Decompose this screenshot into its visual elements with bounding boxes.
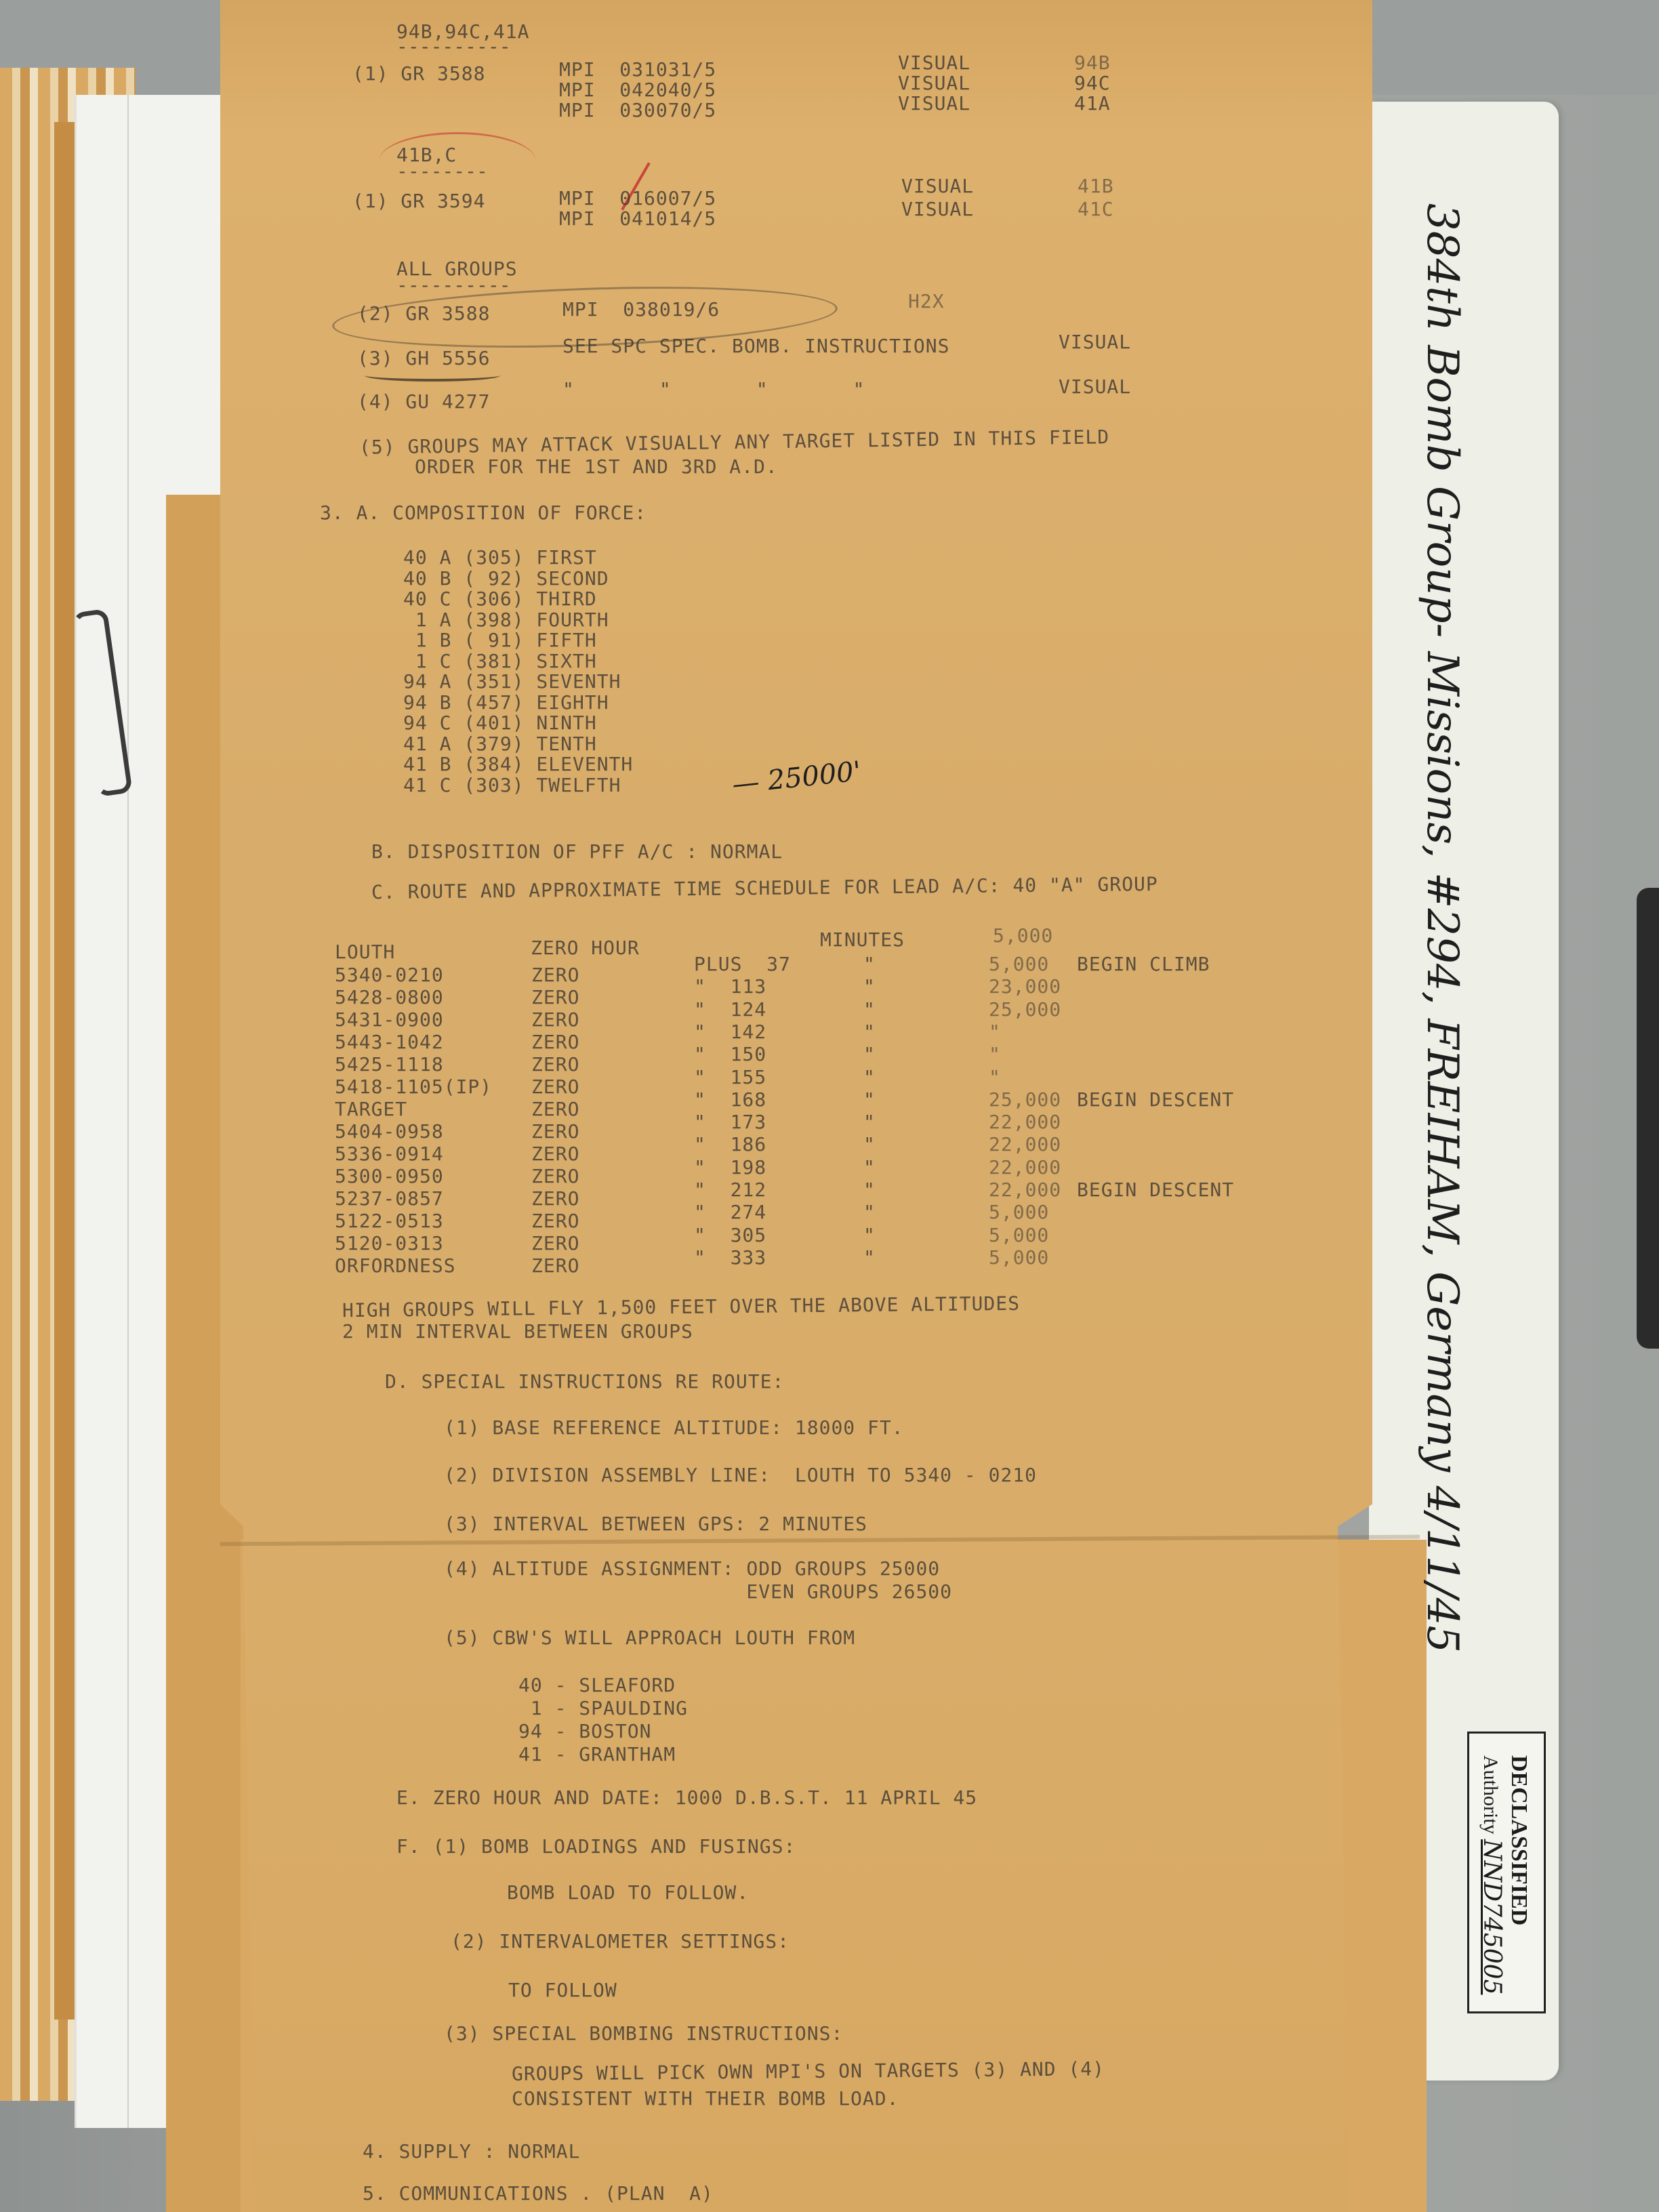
communications-line: 5. COMMUNICATIONS . (PLAN A) <box>363 2182 714 2205</box>
stamp-authority: Authority NND745005 <box>1478 1755 1506 1994</box>
composition-item: 1 C (381) SIXTH <box>403 650 597 673</box>
route-col-minutes: MINUTES <box>820 928 905 951</box>
composition-item: 94 A (351) SEVENTH <box>403 670 621 693</box>
route-cell-plus: " 124 <box>694 998 766 1021</box>
route-cell-point: 5418-1105(IP) <box>335 1076 492 1099</box>
route-cell-unit: " <box>863 975 876 998</box>
composition-item: 40 A (305) FIRST <box>403 546 597 569</box>
route-cell-plus: " 155 <box>694 1066 766 1089</box>
route-cell-unit: " <box>863 1224 876 1247</box>
approach-item: 1 - SPAULDING <box>518 1697 688 1720</box>
declassified-stamp-text: DECLASSIFIED Authority NND745005 <box>1478 1755 1532 1994</box>
route-cell-point: 5425-1118 <box>335 1053 444 1076</box>
route-cell-plus: " 198 <box>694 1156 766 1179</box>
zero-hour-line: E. ZERO HOUR AND DATE: 1000 D.B.S.T. 11 … <box>396 1786 977 1809</box>
route-cell-alt: 5,000 <box>989 1201 1049 1224</box>
route-cell-unit: " <box>863 1021 876 1044</box>
target-2-group-2: 41C <box>1078 198 1114 221</box>
route-cell-ref: ZERO <box>531 1210 579 1233</box>
route-cell-plus: " 150 <box>694 1043 766 1066</box>
composition-item: 40 B ( 92) SECOND <box>403 567 609 590</box>
all-groups-2-detail: MPI 038019/6 <box>562 298 720 321</box>
composition-item: 40 C (306) THIRD <box>403 588 597 611</box>
divider: -------- <box>396 160 488 183</box>
route-cell-unit: " <box>863 1201 876 1224</box>
composition-item: 41 C (303) TWELFTH <box>403 774 621 797</box>
route-cell-plus: " 274 <box>694 1201 766 1224</box>
route-cell-alt: 25,000 <box>989 998 1061 1021</box>
route-cell-plus: " 333 <box>694 1246 766 1269</box>
route-cell-point: ORFORDNESS <box>335 1254 456 1277</box>
target-2-mpi-2: MPI 041014/5 <box>559 207 716 230</box>
route-cell-plus: " 173 <box>694 1111 766 1134</box>
route-cell-ref: ZERO <box>531 1008 579 1031</box>
route-cell-unit: " <box>863 953 876 976</box>
route-cell-point: 5336-0914 <box>335 1143 444 1166</box>
special-route-item-2: (2) DIVISION ASSEMBLY LINE: LOUTH TO 534… <box>444 1464 1037 1487</box>
route-cell-point: 5120-0313 <box>335 1232 444 1255</box>
route-cell-alt: 22,000 <box>989 1133 1061 1156</box>
target-2-mpi-1: MPI 016007/5 <box>559 187 716 210</box>
composition-item: 41 A (379) TENTH <box>403 733 597 756</box>
all-groups-4-detail: " " " " <box>562 378 865 401</box>
route-cell-note: BEGIN CLIMB <box>1077 953 1210 976</box>
route-cell-alt: 22,000 <box>989 1111 1061 1134</box>
route-cell-unit: " <box>863 1179 876 1202</box>
special-route-item-4: (4) ALTITUDE ASSIGNMENT: ODD GROUPS 2500… <box>444 1557 940 1580</box>
route-cell-point: 5404-0958 <box>335 1120 444 1143</box>
target-1-mpi-3: MPI 030070/5 <box>559 99 716 122</box>
intervalometer-heading: (2) INTERVALOMETER SETTINGS: <box>451 1930 790 1953</box>
stamp-authority-label: Authority <box>1479 1755 1502 1835</box>
handwritten-folder-label: 384th Bomb Group- Missions, #294, FREIHA… <box>1417 203 1467 1653</box>
route-cell-alt: 5,000 <box>989 1224 1049 1247</box>
all-groups-2-label: (2) GR 3588 <box>357 302 490 325</box>
route-cell-ref: ZERO <box>531 1053 579 1076</box>
route-cell-plus: " 186 <box>694 1133 766 1156</box>
folder-crease <box>127 95 129 2128</box>
route-cell-unit: " <box>863 1066 876 1089</box>
special-bombing-body-2: CONSISTENT WITH THEIR BOMB LOAD. <box>512 2087 899 2110</box>
route-cell-plus: " 212 <box>694 1179 766 1202</box>
route-cell-plus: " 142 <box>694 1021 766 1044</box>
pencil-underline <box>365 369 500 382</box>
special-route-item-4b: EVEN GROUPS 26500 <box>444 1580 952 1603</box>
route-cell-alt: 23,000 <box>989 975 1061 998</box>
stamp-authority-number: NND745005 <box>1478 1839 1506 1994</box>
route-cell-point: 5428-0800 <box>335 986 444 1009</box>
intervalometer-body: TO FOLLOW <box>508 1979 617 2002</box>
route-cell-point: 5431-0900 <box>335 1008 444 1031</box>
all-groups-3-label: (3) GH 5556 <box>357 347 490 370</box>
route-cell-unit: " <box>863 998 876 1021</box>
route-cell-note: BEGIN DESCENT <box>1077 1088 1234 1111</box>
all-groups-3-detail: SEE SPC SPEC. BOMB. INSTRUCTIONS <box>562 335 949 358</box>
route-cell-ref: ZERO <box>531 1254 579 1277</box>
route-cell-ref: ZERO <box>531 1031 579 1054</box>
special-route-item-5: (5) CBW'S WILL APPROACH LOUTH FROM <box>444 1626 855 1650</box>
all-groups-3-method: VISUAL <box>1059 331 1131 354</box>
route-cell-alt: " <box>989 1043 1001 1066</box>
route-col-altitude: 5,000 <box>993 924 1053 947</box>
all-groups-2-method: H2X <box>908 290 945 313</box>
target-1-method-3: VISUAL <box>898 92 970 115</box>
route-cell-ref: ZERO <box>531 1232 579 1255</box>
route-cell-unit: " <box>863 1111 876 1134</box>
approach-item: 41 - GRANTHAM <box>518 1743 676 1766</box>
composition-item: 94 C (401) NINTH <box>403 712 597 735</box>
all-groups-4-label: (4) GU 4277 <box>357 390 490 413</box>
route-cell-alt: " <box>989 1066 1001 1089</box>
route-cell-ref: ZERO <box>531 1098 579 1121</box>
target-1-mpi-2: MPI 042040/5 <box>559 79 716 102</box>
approach-item: 40 - SLEAFORD <box>518 1674 676 1697</box>
route-cell-alt: 22,000 <box>989 1156 1061 1179</box>
route-cell-ref: ZERO <box>531 1076 579 1099</box>
target-1-group-1: 94B <box>1074 52 1111 75</box>
target-1-method-1: VISUAL <box>898 52 970 75</box>
special-route-item-1: (1) BASE REFERENCE ALTITUDE: 18000 FT. <box>444 1416 904 1439</box>
target-2-label: (1) GR 3594 <box>352 190 485 213</box>
route-cell-plus: " 305 <box>694 1224 766 1247</box>
approach-item: 94 - BOSTON <box>518 1720 651 1743</box>
route-cell-ref: ZERO <box>531 964 579 987</box>
route-cell-note: BEGIN DESCENT <box>1077 1179 1234 1202</box>
route-cell-point: 5340-0210 <box>335 964 444 987</box>
route-cell-unit: " <box>863 1088 876 1111</box>
route-cell-point: 5300-0950 <box>335 1165 444 1188</box>
route-cell-point: 5237-0857 <box>335 1187 444 1210</box>
route-cell-alt: " <box>989 1021 1001 1044</box>
route-cell-point: 5443-1042 <box>335 1031 444 1054</box>
target-2-method-2: VISUAL <box>901 198 974 221</box>
route-cell-unit: " <box>863 1133 876 1156</box>
route-cell-ref: ZERO <box>531 1143 579 1166</box>
route-footnote-2: 2 MIN INTERVAL BETWEEN GROUPS <box>342 1320 693 1343</box>
route-cell-ref: ZERO <box>531 1187 579 1210</box>
target-1-label: (1) GR 3588 <box>352 62 485 85</box>
disposition-line: B. DISPOSITION OF PFF A/C : NORMAL <box>371 840 783 863</box>
target-1-mpi-1: MPI 031031/5 <box>559 58 716 81</box>
route-cell-alt: 22,000 <box>989 1179 1061 1202</box>
route-cell-alt: 5,000 <box>989 1246 1049 1269</box>
route-cell-unit: " <box>863 1246 876 1269</box>
all-groups-4-method: VISUAL <box>1059 375 1131 398</box>
composition-item: 41 B (384) ELEVENTH <box>403 753 633 776</box>
special-route-heading: D. SPECIAL INSTRUCTIONS RE ROUTE: <box>385 1370 784 1393</box>
route-col-zero-hour: ZERO HOUR <box>531 937 640 960</box>
route-cell-plus: " 168 <box>694 1088 766 1111</box>
bomb-loadings-body: BOMB LOAD TO FOLLOW. <box>507 1881 749 1904</box>
dark-object <box>1637 888 1659 1349</box>
bomb-loadings-heading: F. (1) BOMB LOADINGS AND FUSINGS: <box>396 1835 796 1858</box>
route-cell-alt: 5,000 <box>989 953 1049 976</box>
route-cell-point: 5122-0513 <box>335 1210 444 1233</box>
supply-line: 4. SUPPLY : NORMAL <box>363 2140 580 2163</box>
target-2-group-1: 41B <box>1078 175 1114 198</box>
route-cell-unit: " <box>863 1043 876 1066</box>
composition-item: 1 B ( 91) FIFTH <box>403 629 597 652</box>
composition-item: 94 B (457) EIGHTH <box>403 691 609 714</box>
target-1-group-3: 41A <box>1074 92 1111 115</box>
composition-heading: 3. A. COMPOSITION OF FORCE: <box>320 501 647 525</box>
route-cell-ref: ZERO <box>531 1120 579 1143</box>
divider: ---------- <box>396 35 511 58</box>
route-cell-alt: 25,000 <box>989 1088 1061 1111</box>
target-1-method-2: VISUAL <box>898 72 970 95</box>
note-5-line-2: ORDER FOR THE 1ST AND 3RD A.D. <box>415 455 778 478</box>
route-cell-ref: ZERO <box>531 986 579 1009</box>
route-cell-plus: " 113 <box>694 975 766 998</box>
target-1-group-2: 94C <box>1074 72 1111 95</box>
target-2-method-1: VISUAL <box>901 175 974 198</box>
route-col-louth: LOUTH <box>335 941 395 964</box>
special-route-item-3: (3) INTERVAL BETWEEN GPS: 2 MINUTES <box>444 1513 867 1536</box>
route-cell-plus: PLUS 37 <box>694 953 791 976</box>
stamp-title: DECLASSIFIED <box>1506 1755 1532 1994</box>
special-bombing-heading: (3) SPECIAL BOMBING INSTRUCTIONS: <box>444 2022 843 2045</box>
route-cell-point: TARGET <box>335 1098 407 1121</box>
composition-item: 1 A (398) FOURTH <box>403 609 609 632</box>
route-cell-ref: ZERO <box>531 1165 579 1188</box>
route-cell-unit: " <box>863 1156 876 1179</box>
